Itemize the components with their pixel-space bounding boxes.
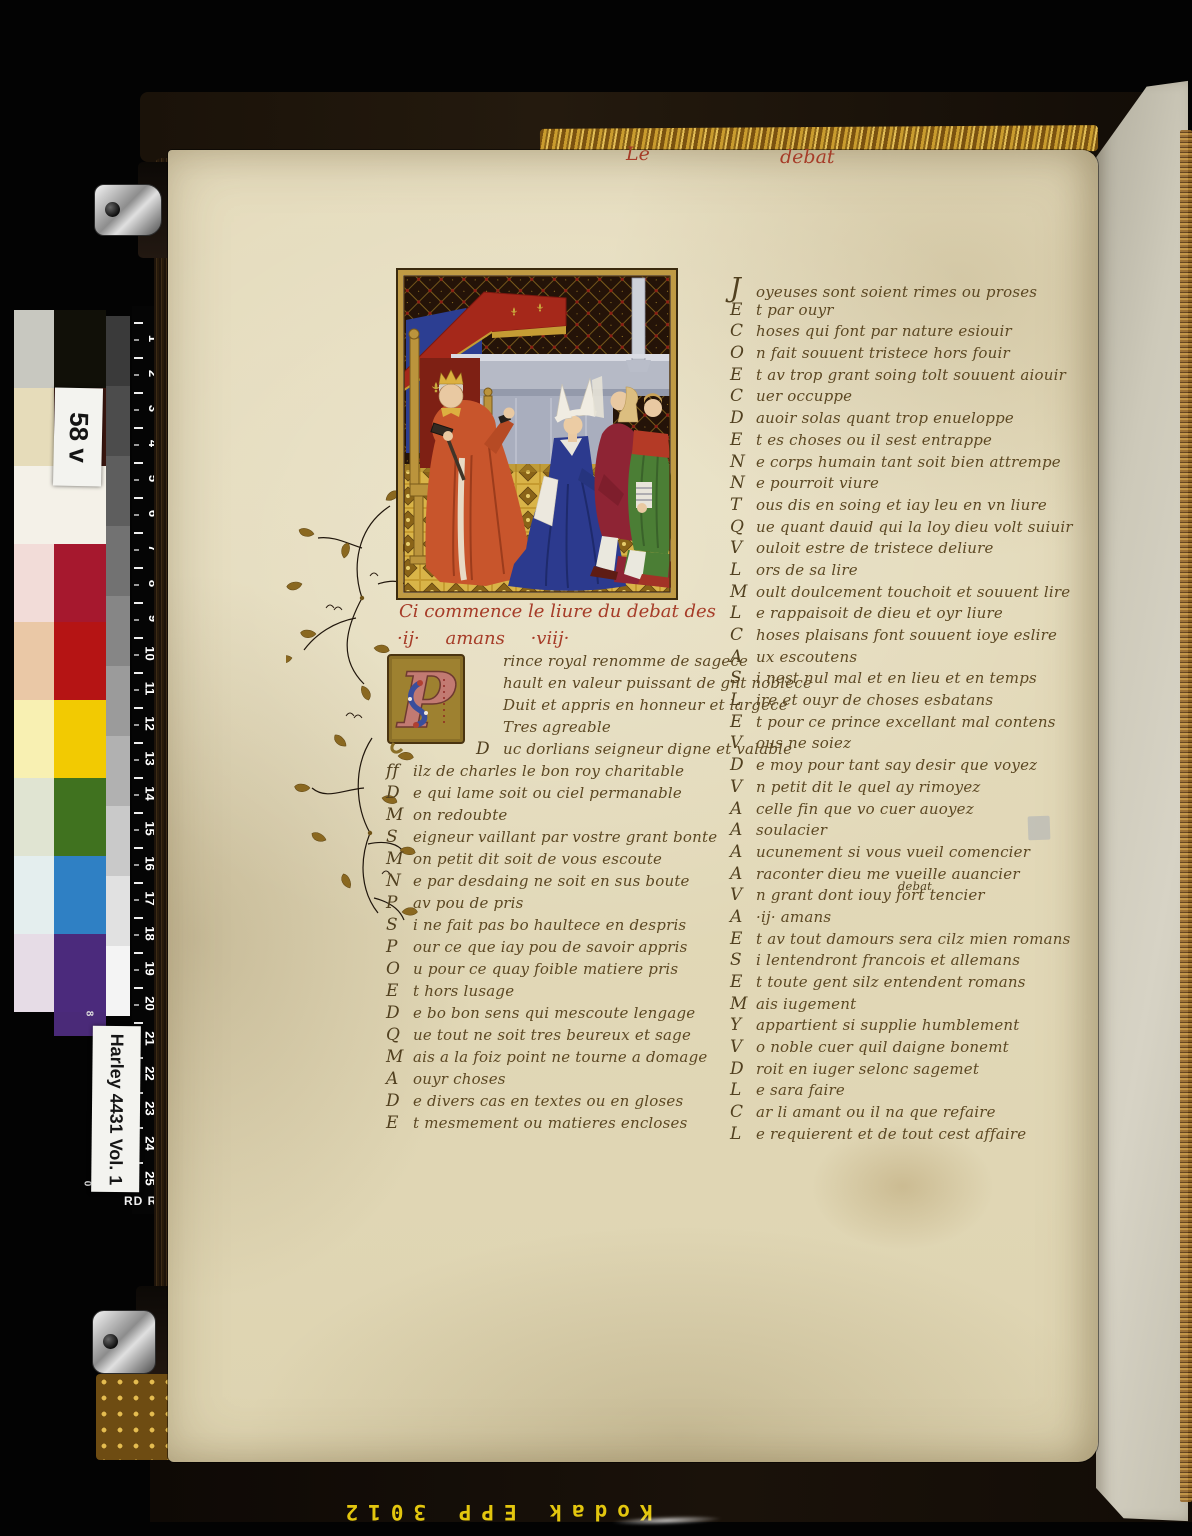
line-initial: S — [386, 914, 413, 936]
line-text: t toute gent silz entendent romans — [756, 973, 1026, 991]
patch-outer — [14, 388, 54, 466]
patch-outer — [14, 856, 54, 934]
line-text: Tres agreable — [503, 718, 611, 736]
line-text: appartient si supplie humblement — [756, 1016, 1020, 1034]
ruler-tick — [134, 812, 143, 814]
patch-inner — [54, 622, 106, 700]
verse-line: hault en valeur puissant de gnt noblece — [386, 672, 738, 694]
patch-outer — [14, 778, 54, 856]
verse-line: Duc dorlians seigneur digne et valable — [386, 738, 738, 760]
line-text: t av tout damours sera cilz mien romans — [756, 930, 1071, 948]
line-initial: C — [730, 1102, 756, 1124]
verse-line: Pav pou de pris — [386, 892, 738, 914]
shelfmark-text: Harley 4431 Vol. 1 — [105, 1033, 128, 1185]
line-initial: S — [386, 826, 413, 848]
rubric-line-2: ·ij· amans ·viij· — [397, 628, 569, 649]
binding-fore-edge — [1180, 130, 1192, 1502]
line-text: ire et ouyr de choses esbatans — [756, 691, 993, 709]
line-initial: A — [730, 864, 756, 886]
folio-number-label: 58 v — [53, 388, 103, 487]
verse-line: De divers cas en textes ou en gloses — [386, 1090, 738, 1112]
line-text: ue quant dauid qui la loy dieu volt suiu… — [756, 518, 1073, 536]
calibration-patch-pair — [14, 622, 106, 700]
line-initial: E — [386, 1112, 413, 1134]
verse-line: Si nest nul mal et en lieu et en temps — [730, 668, 1082, 690]
line-text: e qui lame soit ou ciel permanable — [413, 784, 682, 802]
line-text: e bo bon sens qui mescoute lengage — [413, 1004, 695, 1022]
verse-line: Mais iugement — [730, 994, 1082, 1016]
line-text: on redoubte — [413, 806, 508, 824]
verse-line: Si ne fait pas bo haultece en despris — [386, 914, 738, 936]
line-initial: M — [386, 1046, 413, 1068]
ruler-tick — [134, 357, 143, 359]
line-initial: D — [476, 738, 503, 760]
line-initial: Q — [386, 1024, 413, 1046]
verse-line: Vn grant dont iouy fort tencierdebat — [730, 885, 1082, 907]
line-text: t mesmement ou matieres encloses — [413, 1114, 688, 1132]
verse-line: Car li amant ou il na que refaire — [730, 1102, 1082, 1124]
line-initial: S — [730, 950, 756, 972]
verse-line: Que tout ne soit tres beureux et sage — [386, 1024, 738, 1046]
ruler-tick — [134, 322, 143, 324]
line-text: o noble cuer quil daigne bonemt — [756, 1038, 1009, 1056]
line-text: ux escoutens — [756, 648, 857, 666]
grey-step — [106, 736, 130, 806]
calibration-patch-pair — [14, 310, 106, 388]
line-initial: D — [386, 1002, 413, 1024]
line-initial: M — [730, 582, 756, 604]
verse-line: Moult doulcement touchoit et souuent lir… — [730, 582, 1082, 604]
line-text: on petit dit soit de vous escoute — [413, 850, 662, 868]
verse-line: Aux escoutens — [730, 647, 1082, 669]
line-initial: E — [730, 712, 756, 734]
verse-line: Choses qui font par nature esiouir — [730, 321, 1082, 343]
line-initial: Q — [730, 517, 756, 539]
line-text: oyeuses sont soient rimes ou proses — [756, 283, 1037, 301]
line-initial: P — [386, 892, 413, 914]
line-initial: C — [730, 321, 756, 343]
metal-clip-top — [94, 184, 162, 236]
verse-line: Et av tout damours sera cilz mien romans — [730, 929, 1082, 951]
verse-line: Dauoir solas quant trop enueloppe — [730, 408, 1082, 430]
calibration-patch-pair — [14, 856, 106, 934]
patch-outer — [14, 466, 54, 544]
line-initial: V — [730, 733, 756, 755]
verse-line: Et hors lusage — [386, 980, 738, 1002]
line-initial: N — [730, 452, 756, 474]
line-initial: P — [386, 936, 413, 958]
line-text: e pourroit viure — [756, 474, 879, 492]
verse-line: rince royal renomme de sagece — [386, 650, 738, 672]
grey-step — [106, 666, 130, 736]
verse-line: Vouloit estre de tristece deliure — [730, 538, 1082, 560]
grey-step — [106, 526, 130, 596]
verse-line: Lors de sa lire — [730, 560, 1082, 582]
ruler-tick — [134, 917, 143, 919]
line-text: eigneur vaillant par vostre grant bonte — [413, 828, 717, 846]
calibration-patch-pair — [14, 934, 106, 1012]
verse-line: Tous dis en soing et iay leu en vn liure — [730, 495, 1082, 517]
line-initial: L — [730, 1124, 756, 1146]
patch-inner — [54, 310, 106, 388]
verse-line: Et pour ce prince excellant mal contens — [730, 712, 1082, 734]
line-text: ais iugement — [756, 995, 856, 1013]
line-text: ouyr choses — [413, 1070, 506, 1088]
verse-line: Vn petit dit le quel ay rimoyez — [730, 777, 1082, 799]
calibration-patch-pair — [14, 544, 106, 622]
clip-rivet — [103, 1334, 118, 1349]
line-initial: O — [730, 343, 756, 365]
line-text: e divers cas en textes ou en gloses — [413, 1092, 683, 1110]
verse-line: Le requierent et de tout cest affaire — [730, 1124, 1082, 1146]
verse-line: De moy pour tant say desir que voyez — [730, 755, 1082, 777]
line-initial: E — [730, 929, 756, 951]
line-initial: J — [730, 278, 756, 300]
verse-line: ffilz de charles le bon roy charitable — [386, 760, 738, 782]
line-initial: D — [730, 755, 756, 777]
ruler-tick — [134, 462, 143, 464]
verse-line: Et es choses ou il sest entrappe — [730, 430, 1082, 452]
line-text: celle fin que vo cuer auoyez — [756, 800, 974, 818]
patch-inner — [54, 700, 106, 778]
grey-step — [106, 946, 130, 1016]
line-initial: S — [730, 668, 756, 690]
line-text: hoses plaisans font souuent ioye eslire — [756, 626, 1057, 644]
verse-line: Ne pourroit viure — [730, 473, 1082, 495]
grey-step — [106, 876, 130, 946]
verse-line: Le rappaisoit de dieu et oyr liure — [730, 603, 1082, 625]
grey-step — [106, 316, 130, 386]
line-text: uer occuppe — [756, 387, 852, 405]
line-text: e corps humain tant soit bien attrempe — [756, 453, 1061, 471]
verse-line: Duit et appris en honneur et largece — [386, 694, 738, 716]
line-initial: E — [730, 430, 756, 452]
line-initial: E — [386, 980, 413, 1002]
line-text: t av trop grant soing tolt souuent aioui… — [756, 366, 1066, 384]
verse-line: On fait souuent tristece hors fouir — [730, 343, 1082, 365]
line-initial: V — [730, 777, 756, 799]
verse-line: Et av trop grant soing tolt souuent aiou… — [730, 365, 1082, 387]
line-text: our ce que iay pou de savoir appris — [413, 938, 688, 956]
grey-step — [106, 386, 130, 456]
verse-line: Joyeuses sont soient rimes ou proses — [730, 278, 1082, 300]
small-grey-patch — [1028, 816, 1051, 841]
line-initial: D — [730, 1059, 756, 1081]
running-header-right: debat — [780, 146, 835, 168]
line-text: n fait souuent tristece hors fouir — [756, 344, 1010, 362]
line-initial: L — [730, 690, 756, 712]
calibration-patch-pair — [14, 700, 106, 778]
line-initial: M — [730, 994, 756, 1016]
line-text: t pour ce prince excellant mal contens — [756, 713, 1056, 731]
patch-inner — [54, 778, 106, 856]
line-text: i lentendront francois et allemans — [756, 951, 1020, 969]
verse-line: Ne corps humain tant soit bien attrempe — [730, 452, 1082, 474]
line-text: ilz de charles le bon roy charitable — [413, 762, 684, 780]
line-text: ar li amant ou il na que refaire — [756, 1103, 996, 1121]
line-text: i nest nul mal et en lieu et en temps — [756, 669, 1037, 687]
ruler-tick — [134, 567, 143, 569]
line-text: e rappaisoit de dieu et oyr liure — [756, 604, 1003, 622]
line-text: oult doulcement touchoit et souuent lire — [756, 583, 1070, 601]
ruler-tick — [134, 707, 143, 709]
line-initial: L — [730, 1080, 756, 1102]
grey-step — [106, 456, 130, 526]
line-text: t par ouyr — [756, 301, 834, 319]
verse-line: Ou pour ce quay foible matiere pris — [386, 958, 738, 980]
line-text: u pour ce quay foible matiere pris — [413, 960, 678, 978]
verse-line: Seigneur vaillant par vostre grant bonte — [386, 826, 738, 848]
patch-outer — [14, 622, 54, 700]
line-text: roit en iuger selonc sagemet — [756, 1060, 979, 1078]
ruler-tick — [134, 427, 143, 429]
line-initial: O — [386, 958, 413, 980]
patch-inner — [54, 934, 106, 1012]
line-text: soulacier — [756, 821, 827, 839]
line-initial: A — [730, 647, 756, 669]
line-initial: D — [730, 408, 756, 430]
verse-line: Tres agreable — [386, 716, 738, 738]
verse-line: Aucunement si vous vueil comencier — [730, 842, 1082, 864]
grey-scale-strip — [106, 316, 130, 1016]
patch-inner — [54, 856, 106, 934]
line-text: ous dis en soing et iay leu en vn liure — [756, 496, 1047, 514]
line-text: auoir solas quant trop enueloppe — [756, 409, 1014, 427]
line-initial: T — [730, 495, 756, 517]
line-initial: V — [730, 885, 756, 907]
ruler-tick — [134, 952, 143, 954]
metal-clip-bottom — [92, 1310, 156, 1374]
line-initial: A — [730, 820, 756, 842]
line-initial: A — [730, 907, 756, 929]
line-initial: E — [730, 972, 756, 994]
line-text: ·ij· amans — [756, 908, 831, 926]
line-initial: L — [730, 603, 756, 625]
patch-inner — [54, 544, 106, 622]
rubric-line-1: Ci commence le liure du debat des — [399, 601, 716, 622]
line-text: n grant dont iouy fort tencier — [756, 886, 985, 904]
line-text: ue tout ne soit tres beureux et sage — [413, 1026, 691, 1044]
interlinear-addition: debat — [898, 876, 932, 898]
line-initial: L — [730, 560, 756, 582]
line-text: raconter dieu me vueille auancier — [756, 865, 1020, 883]
line-initial: D — [386, 782, 413, 804]
ruler-tick — [134, 777, 143, 779]
ruler-tick — [134, 1022, 143, 1024]
grey-step — [106, 806, 130, 876]
verse-line: Et mesmement ou matieres encloses — [386, 1112, 738, 1134]
verse-line: Mais a la foiz point ne tourne a domage — [386, 1046, 738, 1068]
patch-outer — [14, 544, 54, 622]
verse-line: Et par ouyr — [730, 300, 1082, 322]
line-text: av pou de pris — [413, 894, 524, 912]
line-text: e moy pour tant say desir que voyez — [756, 756, 1037, 774]
ruler-tick — [134, 637, 143, 639]
facing-page — [1096, 78, 1188, 1524]
line-text: ous ne soiez — [756, 734, 851, 752]
ruler-tick — [134, 847, 143, 849]
verse-line: Mon redoubte — [386, 804, 738, 826]
line-text: ouloit estre de tristece deliure — [756, 539, 994, 557]
line-initial: E — [730, 300, 756, 322]
verse-line: Et toute gent silz entendent romans — [730, 972, 1082, 994]
verse-line: Vo noble cuer quil daigne bonemt — [730, 1037, 1082, 1059]
line-initial: Y — [730, 1015, 756, 1037]
line-text: i ne fait pas bo haultece en despris — [413, 916, 686, 934]
line-text: e requierent et de tout cest affaire — [756, 1125, 1026, 1143]
line-initial: C — [730, 625, 756, 647]
line-text: e sara faire — [756, 1081, 845, 1099]
verse-line: A·ij· amans — [730, 907, 1082, 929]
text-column-right: Joyeuses sont soient rimes ou proses Et … — [730, 278, 1082, 1146]
verse-line: Droit en iuger selonc sagemet — [730, 1059, 1082, 1081]
ruler-tick — [134, 532, 143, 534]
verse-line: Choses plaisans font souuent ioye eslire — [730, 625, 1082, 647]
ruler-tick — [134, 672, 143, 674]
line-initial: M — [386, 848, 413, 870]
grey-step — [106, 596, 130, 666]
line-text: t es choses ou il sest entrappe — [756, 431, 992, 449]
text-column-left: P rince royal renomme de sagece hault en… — [386, 650, 738, 1134]
clip-rivet — [105, 202, 120, 217]
line-initial: N — [386, 870, 413, 892]
ruler-tick — [134, 602, 143, 604]
line-initial: E — [730, 365, 756, 387]
line-initial: ff — [386, 760, 413, 782]
verse-line: Mon petit dit soit de vous escoute — [386, 848, 738, 870]
line-initial: V — [730, 538, 756, 560]
line-text: rince royal renomme de sagece — [503, 652, 748, 670]
verse-line: Vous ne soiez — [730, 733, 1082, 755]
line-initial: A — [730, 799, 756, 821]
line-text: hoses qui font par nature esiouir — [756, 322, 1012, 340]
line-initial: N — [730, 473, 756, 495]
running-header-left: Le — [626, 143, 650, 165]
line-initial: C — [730, 386, 756, 408]
verse-line: Yappartient si supplie humblement — [730, 1015, 1082, 1037]
verse-line: Pour ce que iay pou de savoir appris — [386, 936, 738, 958]
line-initial: A — [386, 1068, 413, 1090]
folio-number-text: 58 v — [62, 411, 94, 462]
miniature-illustration — [396, 268, 678, 600]
ruler-tick — [134, 742, 143, 744]
line-text: t hors lusage — [413, 982, 514, 1000]
line-initial: M — [386, 804, 413, 826]
line-text: ucunement si vous vueil comencier — [756, 843, 1030, 861]
verse-line: Cuer occuppe — [730, 386, 1082, 408]
line-text: n petit dit le quel ay rimoyez — [756, 778, 981, 796]
verse-line: De qui lame soit ou ciel permanable — [386, 782, 738, 804]
verse-line: Si lentendront francois et allemans — [730, 950, 1082, 972]
calibration-patch-pair — [14, 778, 106, 856]
patch-outer — [14, 310, 54, 388]
line-initial: A — [730, 842, 756, 864]
line-text: ais a la foiz point ne tourne a domage — [413, 1048, 707, 1066]
patch-outer — [14, 700, 54, 778]
verse-line: Le sara faire — [730, 1080, 1082, 1102]
ruler-tick — [134, 497, 143, 499]
ruler-tick — [134, 392, 143, 394]
ruler-side-mark: 8 — [83, 1011, 94, 1017]
manuscript-photograph: 1 2 3 4 5 — [0, 0, 1192, 1536]
ruler-tick — [134, 987, 143, 989]
line-text: ors de sa lire — [756, 561, 858, 579]
line-initial: D — [386, 1090, 413, 1112]
line-text: e par desdaing ne soit en sus boute — [413, 872, 690, 890]
line-initial: V — [730, 1037, 756, 1059]
verse-line: De bo bon sens qui mescoute lengage — [386, 1002, 738, 1024]
verse-line: Ne par desdaing ne soit en sus boute — [386, 870, 738, 892]
patch-outer — [14, 934, 54, 1012]
verse-line: Que quant dauid qui la loy dieu volt sui… — [730, 517, 1082, 539]
shelfmark-label: Harley 4431 Vol. 1 — [91, 1026, 141, 1192]
verse-line: Lire et ouyr de choses esbatans — [730, 690, 1082, 712]
verse-line: Aouyr choses — [386, 1068, 738, 1090]
ruler-tick — [134, 882, 143, 884]
